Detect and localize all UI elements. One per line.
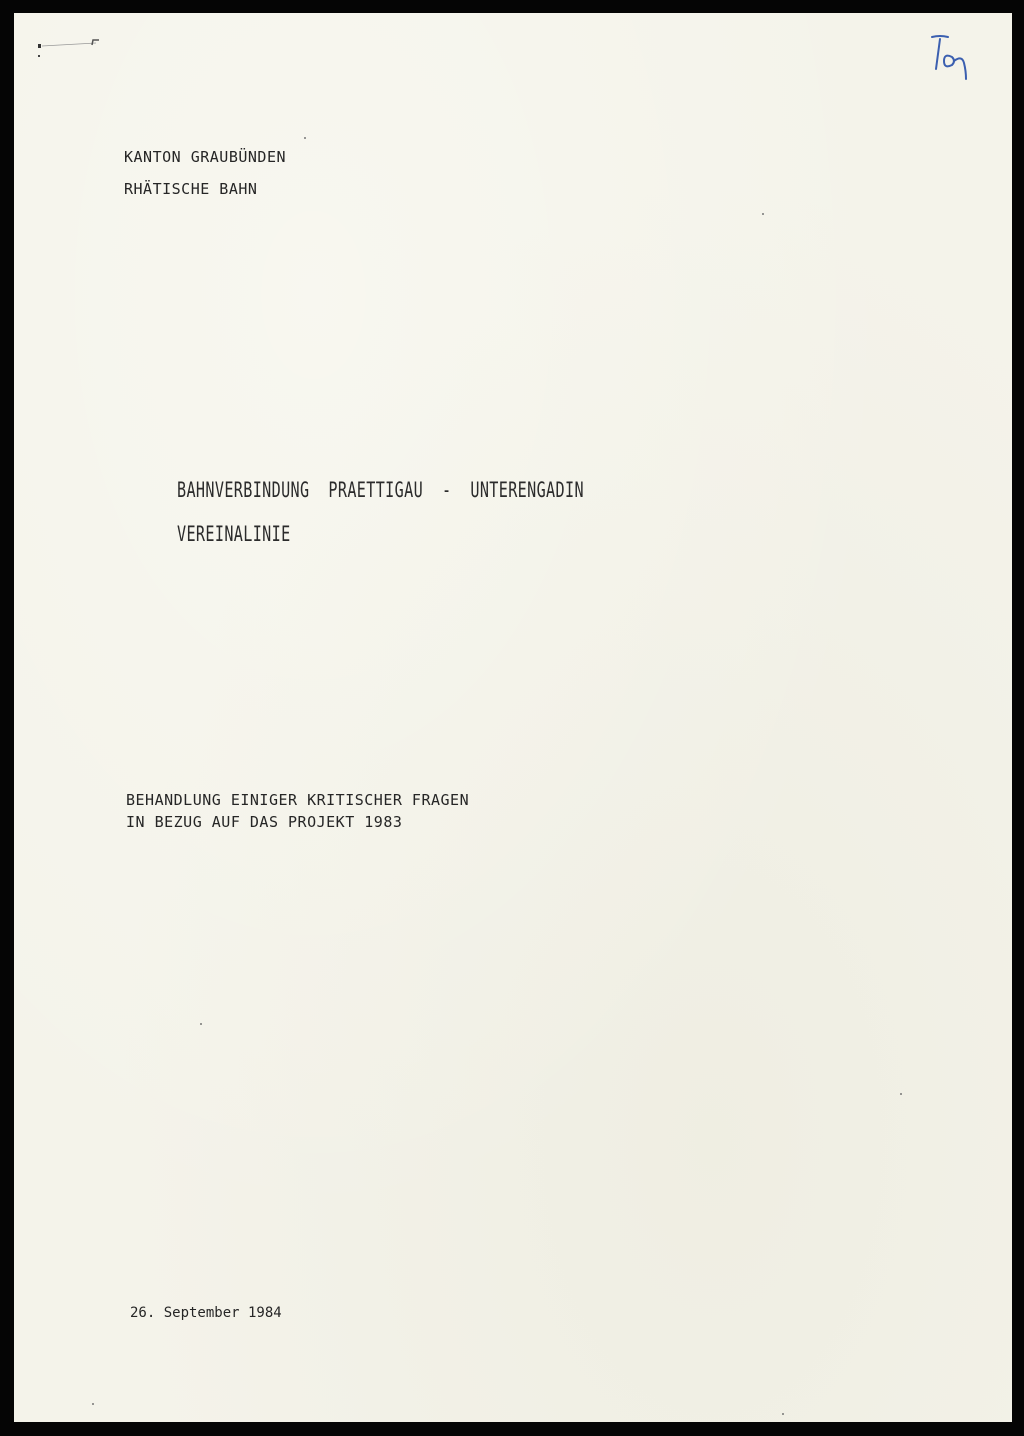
paper-speck <box>900 1093 902 1095</box>
document-date: 26. September 1984 <box>130 1305 282 1321</box>
paper-speck <box>304 137 306 139</box>
paper-speck <box>200 1023 202 1025</box>
staple-mark-icon <box>38 37 118 77</box>
paper-speck <box>92 1403 94 1405</box>
handwritten-annotation <box>922 27 982 87</box>
header-canton: KANTON GRAUBÜNDEN <box>124 148 286 166</box>
document-title-line-2-container: VEREINALINIE <box>124 498 334 570</box>
header-railway: RHÄTISCHE BAHN <box>124 180 257 198</box>
subtitle-line-2: IN BEZUG AUF DAS PROJEKT 1983 <box>126 813 402 831</box>
document-page: KANTON GRAUBÜNDEN RHÄTISCHE BAHN BAHNVER… <box>14 13 1012 1422</box>
title-line-2: VEREINALINIE <box>177 522 291 546</box>
subtitle-line-1: BEHANDLUNG EINIGER KRITISCHER FRAGEN <box>126 791 469 809</box>
paper-speck <box>782 1413 784 1415</box>
paper-speck <box>762 213 764 215</box>
